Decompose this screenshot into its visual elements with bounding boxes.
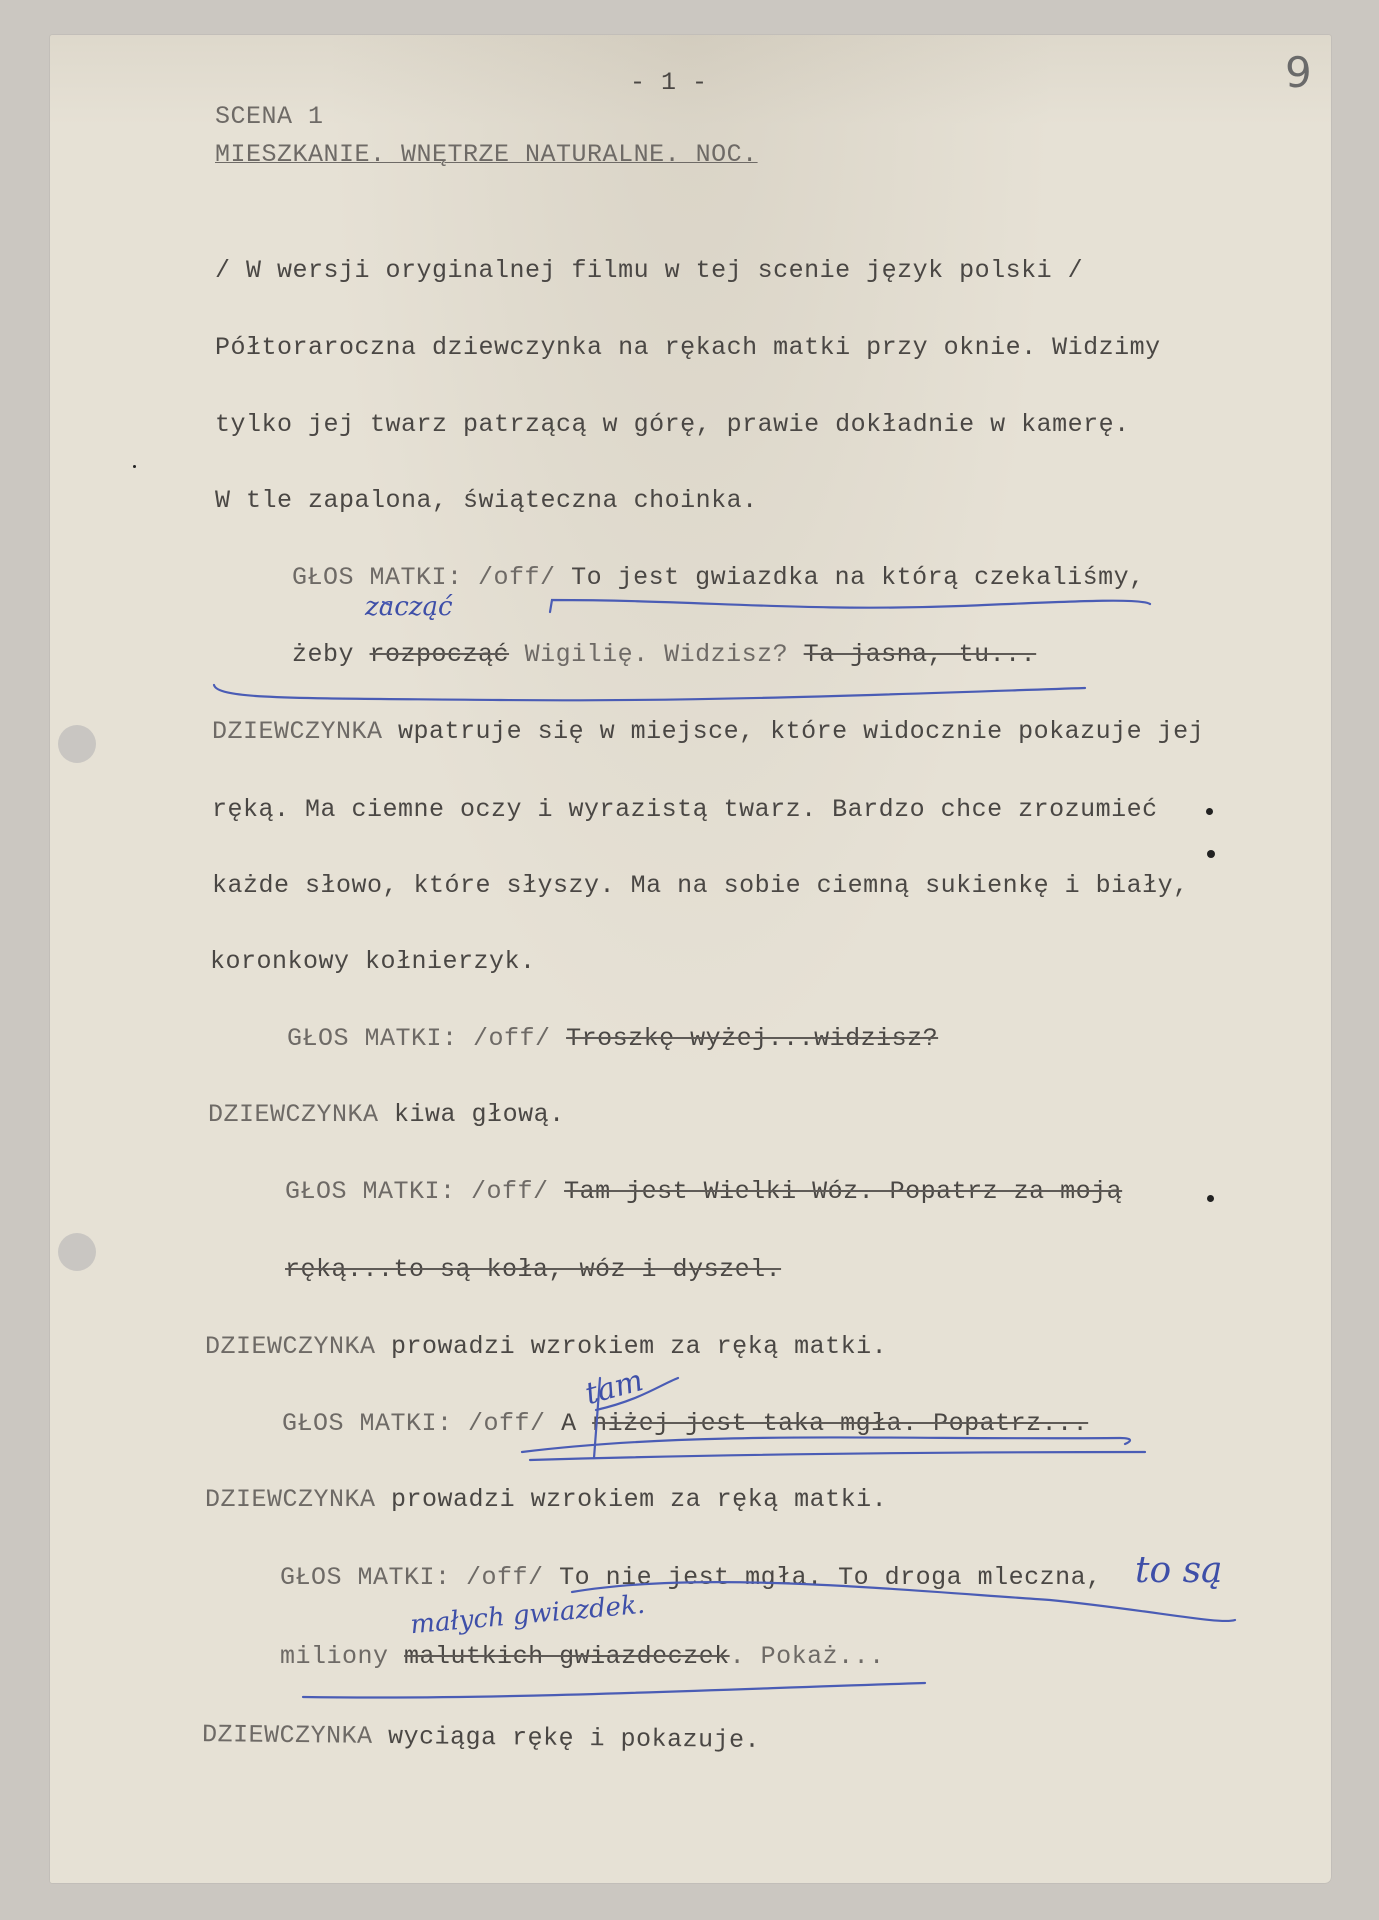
- dialogue-text: To jest gwiazdka na którą czekaliśmy,: [571, 563, 1145, 592]
- action-line: tylko jej twarz patrzącą w górę, prawie …: [215, 410, 1130, 439]
- action-line: każde słowo, które słyszy. Ma na sobie c…: [212, 871, 1189, 900]
- ink-speck: [1207, 850, 1215, 858]
- note-line: / W wersji oryginalnej filmu w tej sceni…: [215, 256, 1083, 285]
- archive-page-mark: 9: [1285, 48, 1312, 97]
- action-text: wpatruje się w miejsce, które widocznie …: [398, 717, 1204, 746]
- action-text: kiwa głową.: [394, 1100, 565, 1129]
- handwritten-insert: zacząć: [365, 592, 453, 622]
- struck-text: rozpocząć: [370, 640, 510, 669]
- ink-speck: [1206, 808, 1213, 815]
- punch-hole: [58, 725, 96, 763]
- struck-text: malutkich gwiazdeczek: [404, 1642, 730, 1671]
- action-line: W tle zapalona, świąteczna choinka.: [215, 486, 758, 515]
- action-line: DZIEWCZYNKA wyciąga rękę i pokazuje.: [202, 1720, 760, 1755]
- action-line: DZIEWCZYNKA kiwa głową.: [208, 1100, 565, 1129]
- dialogue-text: Wigilię. Widzisz?: [525, 640, 789, 669]
- struck-text: niżej jest taka mgła. Popatrz...: [592, 1409, 1088, 1438]
- action-text: wyciąga rękę i pokazuje.: [388, 1722, 760, 1755]
- ink-speck: [1207, 1195, 1214, 1202]
- dialogue-line: GŁOS MATKI: /off/ Troszkę wyżej...widzis…: [287, 1024, 938, 1053]
- dialogue-line: żeby rozpocząć Wigilię. Widzisz? Ta jasn…: [292, 640, 1036, 669]
- dialogue-text: A: [561, 1409, 577, 1438]
- dialogue-text: żeby: [292, 640, 354, 669]
- character-name: DZIEWCZYNKA: [208, 1100, 379, 1129]
- dialogue-line: GŁOS MATKI: /off/ Tam jest Wielki Wóz. P…: [285, 1177, 1122, 1206]
- action-line: DZIEWCZYNKA prowadzi wzrokiem za ręką ma…: [205, 1332, 887, 1361]
- character-name: DZIEWCZYNKA: [202, 1720, 373, 1751]
- speaker: GŁOS MATKI: /off/: [285, 1177, 549, 1206]
- handwritten-addition: to są: [1135, 1550, 1223, 1591]
- struck-text: ręką...to są koła, wóz i dyszel.: [285, 1255, 781, 1284]
- scene-heading: SCENA 1: [215, 102, 324, 131]
- page-number: - 1 -: [630, 68, 708, 97]
- dialogue-line: GŁOS MATKI: /off/ To jest gwiazdka na kt…: [292, 563, 1145, 592]
- struck-text: Ta jasna, tu...: [804, 640, 1037, 669]
- speaker: GŁOS MATKI: /off/: [282, 1409, 546, 1438]
- dialogue-text: miliony: [280, 1642, 389, 1671]
- dialogue-line: GŁOS MATKI: /off/ A niżej jest taka mgła…: [282, 1409, 1088, 1438]
- punch-hole: [58, 1233, 96, 1271]
- dialogue-text: To nie jest mgła. To droga mleczna,: [559, 1563, 1102, 1592]
- speaker: GŁOS MATKI: /off/: [280, 1563, 544, 1592]
- action-text: prowadzi wzrokiem za ręką matki.: [391, 1332, 887, 1361]
- dialogue-line: ręką...to są koła, wóz i dyszel.: [285, 1255, 781, 1284]
- ink-speck: [133, 465, 136, 468]
- action-text: prowadzi wzrokiem za ręką matki.: [391, 1485, 887, 1514]
- action-line: Półtoraroczna dziewczynka na rękach matk…: [215, 333, 1161, 362]
- struck-text: Troszkę wyżej...widzisz?: [566, 1024, 938, 1053]
- dialogue-text: . Pokaż...: [730, 1642, 885, 1671]
- character-name: DZIEWCZYNKA: [212, 717, 383, 746]
- speaker: GŁOS MATKI: /off/: [287, 1024, 551, 1053]
- action-line: DZIEWCZYNKA wpatruje się w miejsce, któr…: [212, 717, 1204, 746]
- dialogue-line: miliony malutkich gwiazdeczek. Pokaż...: [280, 1642, 885, 1671]
- scene-location: MIESZKANIE. WNĘTRZE NATURALNE. NOC.: [215, 140, 758, 169]
- speaker: GŁOS MATKI: /off/: [292, 563, 556, 592]
- action-line: DZIEWCZYNKA prowadzi wzrokiem za ręką ma…: [205, 1485, 887, 1514]
- dialogue-line: GŁOS MATKI: /off/ To nie jest mgła. To d…: [280, 1563, 1102, 1592]
- character-name: DZIEWCZYNKA: [205, 1332, 376, 1361]
- action-line: ręką. Ma ciemne oczy i wyrazistą twarz. …: [212, 795, 1158, 824]
- character-name: DZIEWCZYNKA: [205, 1485, 376, 1514]
- struck-text: Tam jest Wielki Wóz. Popatrz za moją: [564, 1177, 1122, 1206]
- action-line: koronkowy kołnierzyk.: [210, 947, 536, 976]
